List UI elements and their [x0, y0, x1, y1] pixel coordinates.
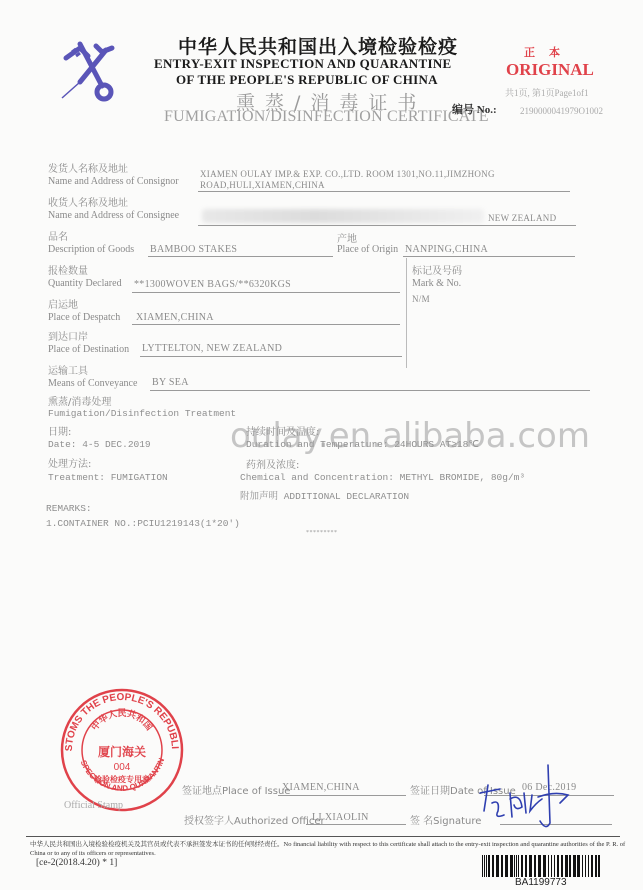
despatch-underline	[132, 324, 400, 325]
consignee-value: NEW ZEALAND	[488, 213, 556, 223]
handwritten-signature	[470, 763, 580, 833]
despatch-label-en: Place of Despatch	[48, 312, 120, 323]
seal-inner-bottom: 检验检疫专用章	[94, 774, 150, 784]
goods-label-en: Description of Goods	[48, 244, 134, 255]
seal-number: 004	[114, 762, 131, 773]
page-info: 共1页, 第1页Page1of1	[505, 86, 589, 99]
organization-name-cn: 中华人民共和国出入境检验检疫	[178, 32, 458, 59]
quantity-value: **1300WOVEN BAGS/**6320KGS	[134, 279, 291, 290]
chemical-label-cn: 药剂及浓度:	[246, 456, 299, 471]
goods-value: BAMBOO STAKES	[150, 244, 237, 255]
consignor-label-en: Name and Address of Consignor	[48, 176, 179, 187]
end-marker: *********	[306, 530, 338, 536]
certificate-number-label: 编号 No.:	[452, 101, 497, 117]
remarks-container: 1.CONTAINER NO.:PCIU1219143(1*20')	[46, 518, 240, 529]
method-label-cn: 处理方法:	[48, 455, 91, 470]
mark-divider	[406, 258, 407, 368]
footer-divider	[26, 836, 620, 837]
origin-value: NANPING,CHINA	[405, 244, 488, 255]
official-seal: XIAMEN CUSTOMS THE PEOPLE'S REPUBLIC OF …	[58, 686, 186, 814]
conveyance-value: BY SEA	[152, 377, 189, 388]
copy-mark-cn: 正本	[524, 44, 574, 60]
consignor-underline	[198, 191, 570, 192]
treatment-method: Treatment: FUMIGATION	[48, 472, 168, 483]
origin-underline	[403, 256, 575, 257]
seal-center: 厦门海关	[98, 744, 146, 759]
destination-label-cn: 到达口岸	[48, 328, 88, 343]
consignee-underline	[198, 225, 576, 226]
origin-label-cn: 产地	[337, 230, 357, 245]
seal-inner-top: 中华人民共和国	[89, 707, 156, 733]
despatch-value: XIAMEN,CHINA	[136, 312, 214, 323]
goods-underline	[148, 256, 333, 257]
consignee-label-en: Name and Address of Consignee	[48, 210, 179, 221]
quantity-label-cn: 报检数量	[48, 262, 88, 277]
conveyance-underline	[150, 390, 590, 391]
authorized-officer-label: 授权签字人Authorized Officer	[184, 812, 325, 827]
origin-label-en: Place of Origin	[337, 244, 398, 255]
consignee-label-cn: 收货人名称及地址	[48, 194, 128, 209]
date-label-cn: 日期:	[48, 423, 71, 438]
destination-value: LYTTELTON, NEW ZEALAND	[142, 343, 282, 354]
mark-label-cn: 标记及号码	[412, 262, 462, 277]
ciq-emblem-icon	[58, 38, 124, 104]
certificate-number: 2190000041979O1002	[520, 106, 603, 116]
quantity-underline	[132, 292, 400, 293]
despatch-label-cn: 启运地	[48, 296, 78, 311]
destination-label-en: Place of Destination	[48, 344, 129, 355]
additional-declaration: 附加声明 ADDITIONAL DECLARATION	[240, 488, 409, 502]
consignor-label-cn: 发货人名称及地址	[48, 160, 128, 175]
organization-name-en-line2: OF THE PEOPLE'S REPUBLIC OF CHINA	[176, 72, 438, 88]
officer-underline	[306, 824, 406, 825]
place-of-issue-label: 签证地点Place of Issue	[182, 782, 290, 797]
organization-name-en-line1: ENTRY-EXIT INSPECTION AND QUARANTINE	[154, 56, 452, 72]
barcode-number: BA1199773	[515, 877, 567, 888]
place-underline	[278, 795, 406, 796]
authorized-officer-value: LI XIAOLIN	[312, 812, 369, 823]
destination-underline	[140, 356, 402, 357]
copy-mark-original: ORIGINAL	[506, 60, 594, 80]
goods-label-cn: 品名	[48, 228, 68, 243]
place-of-issue-value: XIAMEN,CHINA	[282, 782, 360, 793]
treatment-chemical: Chemical and Concentration: METHYL BROMI…	[240, 472, 525, 483]
mark-value: N/M	[412, 294, 430, 304]
conveyance-label-cn: 运输工具	[48, 362, 88, 377]
consignor-value-line2: ROAD,HULI,XIAMEN,CHINA	[200, 180, 325, 190]
quantity-label-en: Quantity Declared	[48, 278, 122, 289]
form-code: [ce-2(2018.4.20) * 1]	[36, 858, 117, 868]
mark-label-en: Mark & No.	[412, 278, 461, 289]
treatment-title-en: Fumigation/Disinfection Treatment	[48, 408, 236, 419]
official-stamp-label: Official Stamp	[64, 800, 123, 811]
barcode	[482, 855, 600, 877]
consignor-value-line1: XIAMEN OULAY IMP.& EXP. CO.,LTD. ROOM 13…	[200, 169, 495, 179]
treatment-date: Date: 4-5 DEC.2019	[48, 439, 151, 450]
redacted-consignee	[202, 209, 484, 223]
remarks-title: REMARKS:	[46, 503, 92, 514]
treatment-title-cn: 熏蒸/消毒处理	[48, 393, 111, 408]
watermark: oulay.en.alibaba.com	[230, 416, 590, 456]
certificate-title-en: FUMIGATION/DISINFECTION CERTIFICATE	[164, 108, 489, 126]
conveyance-label-en: Means of Conveyance	[48, 378, 137, 389]
